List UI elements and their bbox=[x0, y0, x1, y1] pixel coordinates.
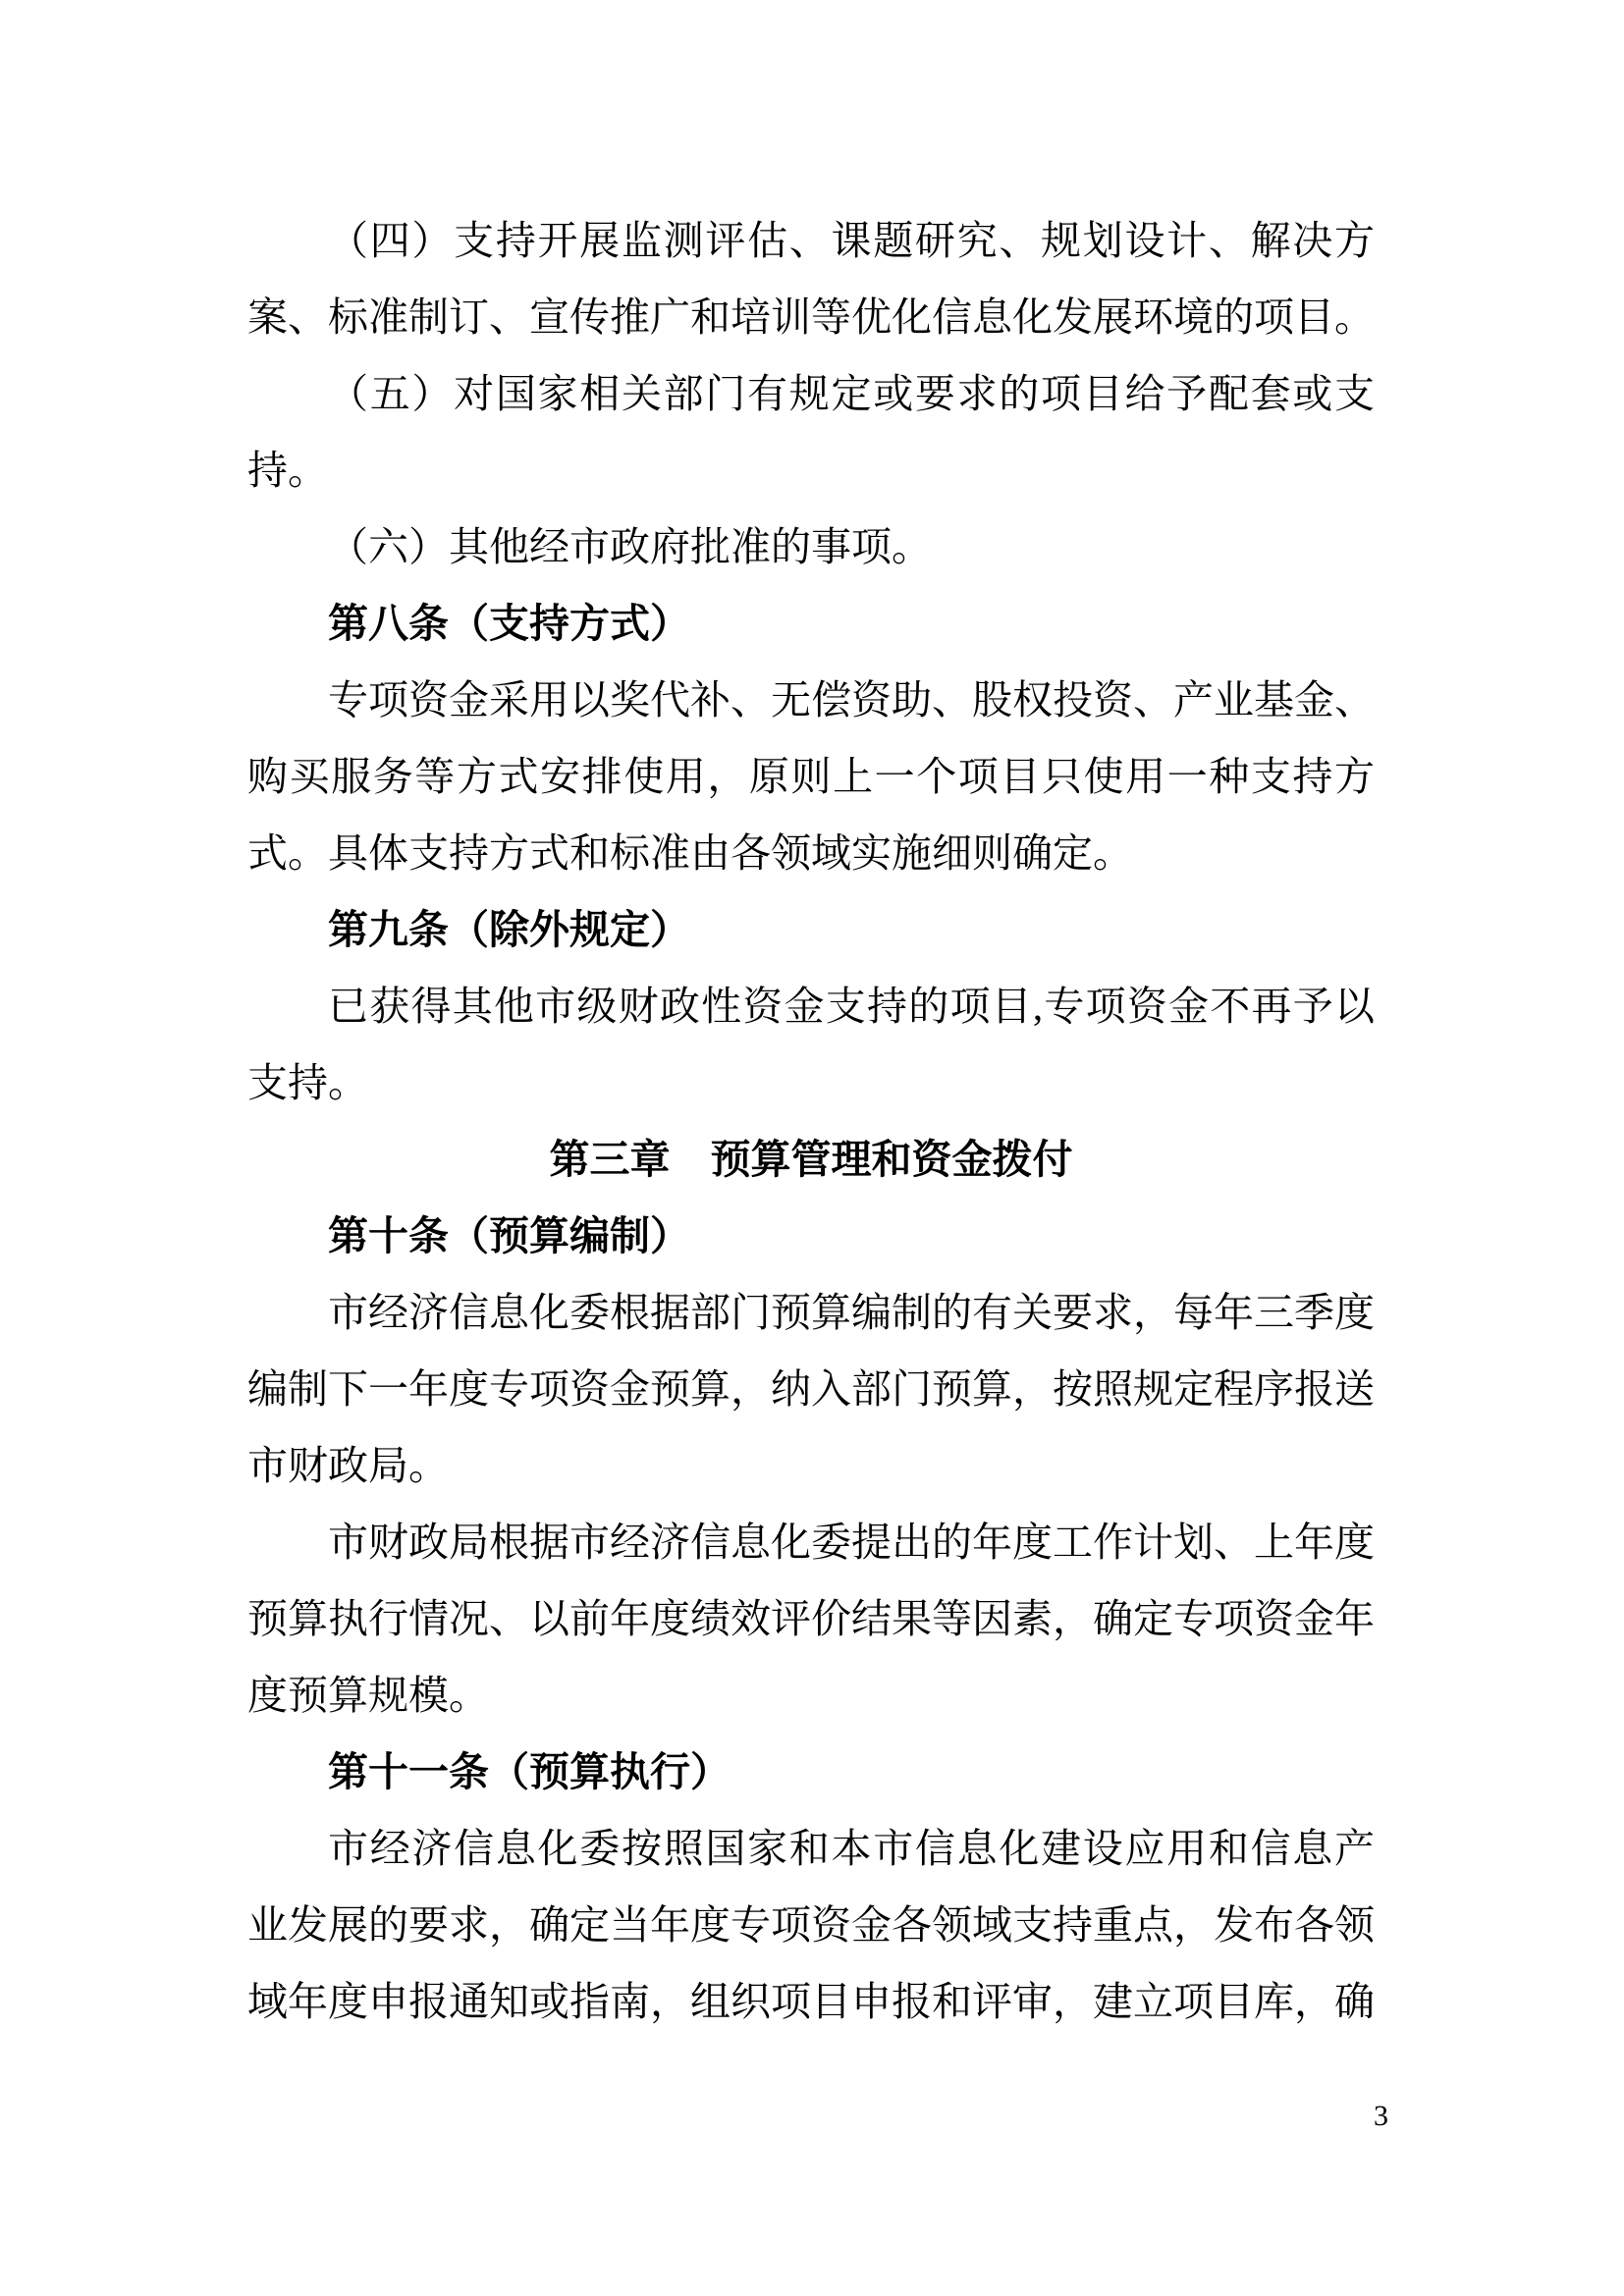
page-number: 3 bbox=[1374, 2099, 1388, 2134]
paragraph-line: 购买服务等方式安排使用，原则上一个项目只使用一种支持方 bbox=[247, 738, 1375, 815]
paragraph-first-line: 市经济信息化委根据部门预算编制的有关要求，每年三季度 bbox=[247, 1274, 1375, 1351]
paragraph-line: 编制下一年度专项资金预算，纳入部门预算，按照规定程序报送 bbox=[247, 1351, 1375, 1427]
paragraph-line: 度预算规模。 bbox=[247, 1657, 1375, 1734]
paragraph-first-line: 已获得其他市级财政性资金支持的项目,专项资金不再予以 bbox=[247, 968, 1375, 1044]
article-heading: 第九条（除外规定） bbox=[247, 891, 1375, 968]
paragraph-first-line: 市经济信息化委按照国家和本市信息化建设应用和信息产 bbox=[247, 1810, 1375, 1887]
paragraph-line: 案、标准制订、宣传推广和培训等优化信息化发展环境的项目。 bbox=[247, 279, 1375, 355]
document-page: （四）支持开展监测评估、课题研究、规划设计、解决方案、标准制订、宣传推广和培训等… bbox=[0, 0, 1624, 2296]
paragraph-line: 域年度申报通知或指南，组织项目申报和评审，建立项目库，确 bbox=[247, 1963, 1375, 2040]
paragraph-first-line: 专项资金采用以奖代补、无偿资助、股权投资、产业基金、 bbox=[247, 662, 1375, 738]
article-heading: 第十一条（预算执行） bbox=[247, 1734, 1375, 1810]
paragraph-line: 市财政局。 bbox=[247, 1427, 1375, 1504]
paragraph-line: 式。具体支持方式和标准由各领域实施细则确定。 bbox=[247, 815, 1375, 891]
paragraph-first-line: （五）对国家相关部门有规定或要求的项目给予配套或支 bbox=[247, 355, 1375, 432]
paragraph-line: 支持。 bbox=[247, 1044, 1375, 1121]
chapter-heading: 第三章 预算管理和资金拨付 bbox=[247, 1121, 1375, 1198]
paragraph-first-line: 市财政局根据市经济信息化委提出的年度工作计划、上年度 bbox=[247, 1504, 1375, 1580]
paragraph-first-line: （六）其他经市政府批准的事项。 bbox=[247, 508, 1375, 585]
paragraph-line: 预算执行情况、以前年度绩效评价结果等因素，确定专项资金年 bbox=[247, 1580, 1375, 1657]
article-heading: 第八条（支持方式） bbox=[247, 585, 1375, 662]
paragraph-first-line: （四）支持开展监测评估、课题研究、规划设计、解决方 bbox=[247, 202, 1375, 279]
paragraph-line: 持。 bbox=[247, 432, 1375, 508]
paragraph-line: 业发展的要求，确定当年度专项资金各领域支持重点，发布各领 bbox=[247, 1887, 1375, 1963]
article-heading: 第十条（预算编制） bbox=[247, 1198, 1375, 1274]
document-text: （四）支持开展监测评估、课题研究、规划设计、解决方案、标准制订、宣传推广和培训等… bbox=[247, 202, 1375, 2040]
